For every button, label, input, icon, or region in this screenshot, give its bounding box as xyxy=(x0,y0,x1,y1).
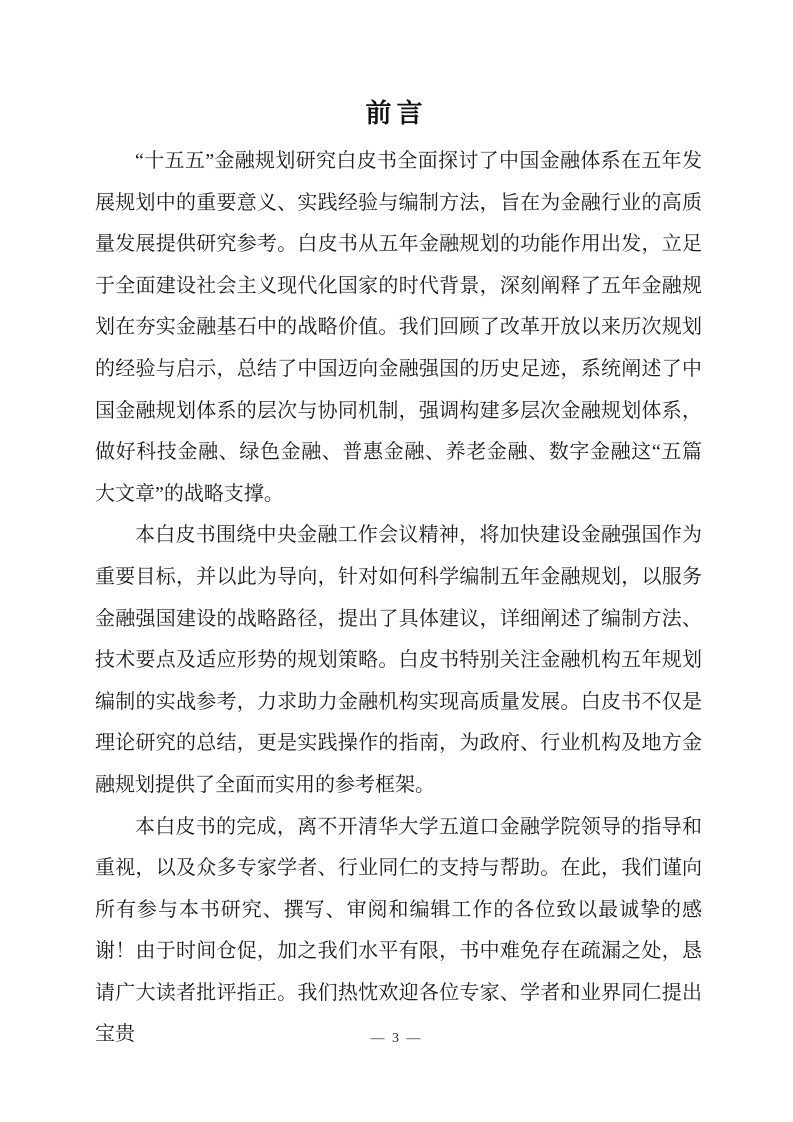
paragraph: 本白皮书围绕中央金融工作会议精神，将加快建设金融强国作为重要目标，并以此为导向，… xyxy=(95,515,702,806)
document-page: 前言 “十五五”金融规划研究白皮书全面探讨了中国金融体系在五年发展规划中的重要意… xyxy=(0,0,793,1122)
paragraph: 本白皮书的完成，离不开清华大学五道口金融学院领导的指导和重视，以及众多专家学者、… xyxy=(95,807,702,1057)
paragraph: “十五五”金融规划研究白皮书全面探讨了中国金融体系在五年发展规划中的重要意义、实… xyxy=(95,141,702,515)
page-number: — 3 — xyxy=(0,1031,793,1047)
page-title: 前言 xyxy=(0,97,793,131)
document-body: “十五五”金融规划研究白皮书全面探讨了中国金融体系在五年发展规划中的重要意义、实… xyxy=(95,141,702,1056)
